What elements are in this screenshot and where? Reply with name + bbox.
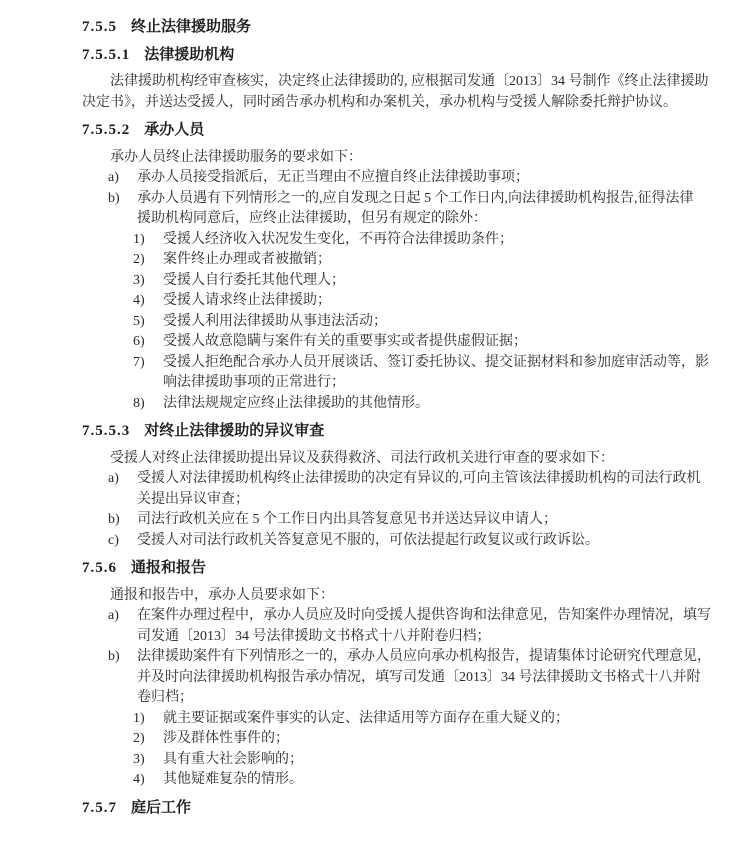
section-heading: 7.5.5.3对终止法律援助的异议审查: [82, 421, 700, 442]
text-line: 承办人员接受指派后，无正当理由不应擅自终止法律援助事项；: [137, 168, 700, 189]
text-line: 响法律援助事项的正常进行；: [163, 373, 700, 394]
list-item-text: 受援人对法律援助机构终止法律援助的决定有异议的,可向主管该法律援助机构的司法行政…: [137, 469, 700, 510]
section-heading: 7.5.6通报和报告: [82, 558, 700, 579]
list-item: 2)涉及群体性事件的；: [82, 729, 700, 750]
heading-number: 7.5.5.2: [82, 122, 130, 138]
heading-number: 7.5.7: [82, 800, 117, 816]
text-line: 就主要证据或案件事实的认定、法律适用等方面存在重大疑义的；: [163, 709, 700, 730]
heading-title: 终止法律援助服务: [131, 19, 251, 35]
list-item-text: 受援人拒绝配合承办人员开展谈话、签订委托协议、提交证据材料和参加庭审活动等，影响…: [163, 353, 700, 394]
list-item-label: 1): [133, 709, 163, 730]
list-item: 3)受援人自行委托其他代理人；: [82, 271, 700, 292]
section-heading: 7.5.5.1法律援助机构: [82, 45, 700, 66]
list-item-text: 受援人请求终止法律援助；: [163, 291, 700, 312]
list-item-text: 受援人经济收入状况发生变化，不再符合法律援助条件；: [163, 230, 700, 251]
list-item-label: c): [108, 531, 137, 552]
text-line: 具有重大社会影响的；: [163, 750, 700, 771]
list-item-text: 法律援助案件有下列情形之一的，承办人员应向承办机构报告，提请集体讨论研究代理意见…: [137, 647, 700, 709]
text-line: 法律法规规定应终止法律援助的其他情形。: [163, 394, 700, 415]
heading-number: 7.5.5.1: [82, 47, 130, 63]
list-item-text: 受援人自行委托其他代理人；: [163, 271, 700, 292]
list-item: 3)具有重大社会影响的；: [82, 750, 700, 771]
list-item: a)在案件办理过程中，承办人员应及时向受援人提供咨询和法律意见，告知案件办理情况…: [82, 606, 700, 647]
text-line: 其他疑难复杂的情形。: [163, 770, 700, 791]
list-item-label: 4): [133, 770, 163, 791]
text-line: 承办人员终止法律援助服务的要求如下：: [82, 148, 700, 169]
text-line: 决定书》，并送达受援人，同时函告承办机构和办案机关，承办机构与受援人解除委托辩护…: [82, 93, 700, 114]
list-item-label: b): [108, 510, 137, 531]
list-item-label: 4): [133, 291, 163, 312]
text-line: 受援人自行委托其他代理人；: [163, 271, 700, 292]
list-item: 1)就主要证据或案件事实的认定、法律适用等方面存在重大疑义的；: [82, 709, 700, 730]
list-item: 1)受援人经济收入状况发生变化，不再符合法律援助条件；: [82, 230, 700, 251]
text-line: 关提出异议审查；: [137, 490, 700, 511]
list-item-label: 7): [133, 353, 163, 394]
heading-number: 7.5.5: [82, 19, 117, 35]
list-item-label: 3): [133, 750, 163, 771]
paragraph: 通报和报告中，承办人员要求如下：: [82, 586, 700, 607]
list-item-label: b): [108, 189, 137, 230]
section-heading: 7.5.5终止法律援助服务: [82, 17, 700, 38]
text-line: 受援人对法律援助机构终止法律援助的决定有异议的,可向主管该法律援助机构的司法行政…: [137, 469, 700, 490]
list-item-text: 司法行政机关应在 5 个工作日内出具答复意见书并送达异议申请人；: [137, 510, 700, 531]
text-line: 通报和报告中，承办人员要求如下：: [82, 586, 700, 607]
list-item: a)承办人员接受指派后，无正当理由不应擅自终止法律援助事项；: [82, 168, 700, 189]
text-line: 司法行政机关应在 5 个工作日内出具答复意见书并送达异议申请人；: [137, 510, 700, 531]
list-item: b)法律援助案件有下列情形之一的，承办人员应向承办机构报告，提请集体讨论研究代理…: [82, 647, 700, 709]
list-item-text: 受援人对司法行政机关答复意见不服的，可依法提起行政复议或行政诉讼。: [137, 531, 700, 552]
text-line: 司发通〔2013〕34 号法律援助文书格式十八并附卷归档；: [137, 627, 700, 648]
text-line: 法律援助机构经审查核实，决定终止法律援助的, 应根据司发通〔2013〕34 号制…: [82, 72, 700, 93]
heading-title: 通报和报告: [131, 560, 206, 576]
list-item: 2)案件终止办理或者被撤销；: [82, 250, 700, 271]
list-item: a)受援人对法律援助机构终止法律援助的决定有异议的,可向主管该法律援助机构的司法…: [82, 469, 700, 510]
list-item: 8)法律法规规定应终止法律援助的其他情形。: [82, 394, 700, 415]
list-item-text: 法律法规规定应终止法律援助的其他情形。: [163, 394, 700, 415]
text-line: 并及时向法律援助机构报告承办情况，填写司发通〔2013〕34 号法律援助文书格式…: [137, 668, 700, 689]
list-item-label: 5): [133, 312, 163, 333]
section-heading: 7.5.5.2承办人员: [82, 120, 700, 141]
document-page: 7.5.5终止法律援助服务7.5.5.1法律援助机构法律援助机构经审查核实，决定…: [0, 0, 744, 851]
paragraph: 受援人对终止法律援助提出异议及获得救济、司法行政机关进行审查的要求如下：: [82, 449, 700, 470]
list-item-text: 案件终止办理或者被撤销；: [163, 250, 700, 271]
list-item-text: 受援人故意隐瞒与案件有关的重要事实或者提供虚假证据；: [163, 332, 700, 353]
list-item-text: 其他疑难复杂的情形。: [163, 770, 700, 791]
heading-title: 法律援助机构: [144, 47, 234, 63]
list-item-label: b): [108, 647, 137, 709]
paragraph: 法律援助机构经审查核实，决定终止法律援助的, 应根据司发通〔2013〕34 号制…: [82, 72, 700, 113]
list-item-label: a): [108, 168, 137, 189]
text-line: 受援人故意隐瞒与案件有关的重要事实或者提供虚假证据；: [163, 332, 700, 353]
list-item-label: a): [108, 469, 137, 510]
list-item-label: 6): [133, 332, 163, 353]
list-item-text: 承办人员接受指派后，无正当理由不应擅自终止法律援助事项；: [137, 168, 700, 189]
list-item-text: 涉及群体性事件的；: [163, 729, 700, 750]
list-item: 4)受援人请求终止法律援助；: [82, 291, 700, 312]
text-line: 受援人对司法行政机关答复意见不服的，可依法提起行政复议或行政诉讼。: [137, 531, 700, 552]
list-item-text: 就主要证据或案件事实的认定、法律适用等方面存在重大疑义的；: [163, 709, 700, 730]
list-item-label: 8): [133, 394, 163, 415]
text-line: 受援人请求终止法律援助；: [163, 291, 700, 312]
list-item: b)承办人员遇有下列情形之一的,应自发现之日起 5 个工作日内,向法律援助机构报…: [82, 189, 700, 230]
heading-title: 对终止法律援助的异议审查: [144, 423, 324, 439]
text-line: 受援人对终止法律援助提出异议及获得救济、司法行政机关进行审查的要求如下：: [82, 449, 700, 470]
list-item-label: 2): [133, 250, 163, 271]
heading-title: 承办人员: [144, 122, 204, 138]
list-item-text: 受援人利用法律援助从事违法活动；: [163, 312, 700, 333]
list-item-label: 2): [133, 729, 163, 750]
list-item: 7)受援人拒绝配合承办人员开展谈话、签订委托协议、提交证据材料和参加庭审活动等，…: [82, 353, 700, 394]
list-item-label: a): [108, 606, 137, 647]
list-item-label: 1): [133, 230, 163, 251]
list-item: c)受援人对司法行政机关答复意见不服的，可依法提起行政复议或行政诉讼。: [82, 531, 700, 552]
list-item-label: 3): [133, 271, 163, 292]
text-line: 受援人经济收入状况发生变化，不再符合法律援助条件；: [163, 230, 700, 251]
text-line: 在案件办理过程中，承办人员应及时向受援人提供咨询和法律意见，告知案件办理情况，填…: [137, 606, 700, 627]
text-line: 卷归档；: [137, 688, 700, 709]
list-item: 4)其他疑难复杂的情形。: [82, 770, 700, 791]
text-line: 承办人员遇有下列情形之一的,应自发现之日起 5 个工作日内,向法律援助机构报告,…: [137, 189, 700, 210]
document-body: 7.5.5终止法律援助服务7.5.5.1法律援助机构法律援助机构经审查核实，决定…: [82, 17, 700, 818]
paragraph: 承办人员终止法律援助服务的要求如下：: [82, 148, 700, 169]
text-line: 受援人拒绝配合承办人员开展谈话、签订委托协议、提交证据材料和参加庭审活动等，影: [163, 353, 700, 374]
text-line: 受援人利用法律援助从事违法活动；: [163, 312, 700, 333]
list-item-text: 在案件办理过程中，承办人员应及时向受援人提供咨询和法律意见，告知案件办理情况，填…: [137, 606, 700, 647]
heading-number: 7.5.5.3: [82, 423, 130, 439]
heading-number: 7.5.6: [82, 560, 117, 576]
text-line: 援助机构同意后，应终止法律援助，但另有规定的除外：: [137, 209, 700, 230]
text-line: 案件终止办理或者被撤销；: [163, 250, 700, 271]
list-item-text: 具有重大社会影响的；: [163, 750, 700, 771]
list-item-text: 承办人员遇有下列情形之一的,应自发现之日起 5 个工作日内,向法律援助机构报告,…: [137, 189, 700, 230]
list-item: b)司法行政机关应在 5 个工作日内出具答复意见书并送达异议申请人；: [82, 510, 700, 531]
section-heading: 7.5.7庭后工作: [82, 798, 700, 819]
list-item: 6)受援人故意隐瞒与案件有关的重要事实或者提供虚假证据；: [82, 332, 700, 353]
list-item: 5)受援人利用法律援助从事违法活动；: [82, 312, 700, 333]
text-line: 法律援助案件有下列情形之一的，承办人员应向承办机构报告，提请集体讨论研究代理意见…: [137, 647, 700, 668]
heading-title: 庭后工作: [131, 800, 191, 816]
text-line: 涉及群体性事件的；: [163, 729, 700, 750]
